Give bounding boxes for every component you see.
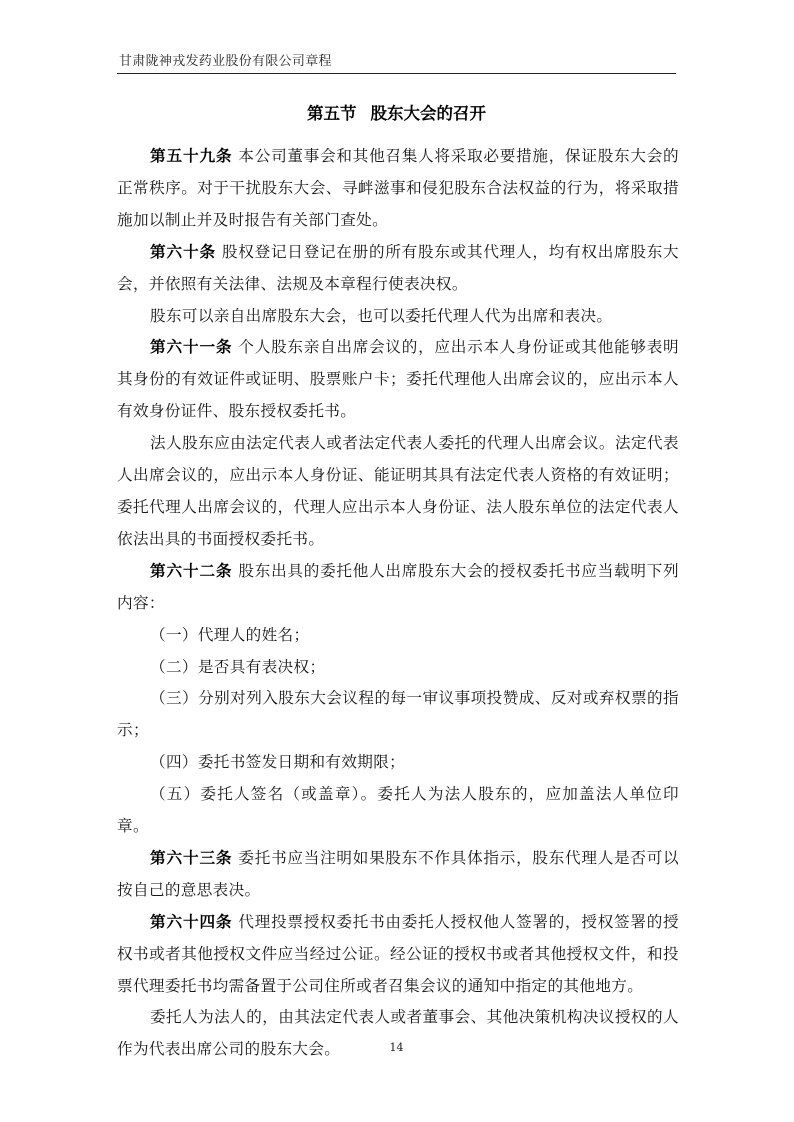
list-item-text: （四）委托书签发日期和有效期限；: [150, 753, 405, 771]
page-header: 甘肃陇神戎发药业股份有限公司章程: [117, 52, 676, 74]
page-number: 14: [117, 1041, 676, 1055]
article-label: 第六十四条: [150, 913, 232, 931]
article-label: 第六十一条: [150, 338, 232, 356]
paragraph-legal-person-principal: 委托人为法人的，由其法定代表人或者董事会、其他决策机构决议授权的人作为代表出席公…: [117, 1002, 679, 1066]
section-number: 第五节: [307, 104, 357, 123]
section-heading: 股东大会的召开: [371, 104, 487, 123]
article-label: 第六十条: [150, 243, 216, 261]
paragraph-text: 股东可以亲自出席股东大会，也可以委托代理人代为出席和表决。: [150, 307, 612, 325]
paragraph-article-61: 第六十一条个人股东亲自出席会议的，应出示本人身份证或其他能够表明其身份的有效证件…: [117, 332, 679, 428]
header-company-title: 甘肃陇神戎发药业股份有限公司章程: [119, 54, 332, 70]
list-item-text: （一）代理人的姓名；: [150, 626, 309, 644]
paragraph-article-63: 第六十三条委托书应当注明如果股东不作具体指示，股东代理人是否可以按自己的意思表决…: [117, 843, 679, 907]
list-item-1: （一）代理人的姓名；: [117, 620, 679, 652]
list-item-5: （五）委托人签名（或盖章）。委托人为法人股东的，应加盖法人单位印章。: [117, 779, 679, 843]
paragraph-proxy-attendance: 股东可以亲自出席股东大会，也可以委托代理人代为出席和表决。: [117, 301, 679, 333]
list-item-text: （二）是否具有表决权；: [150, 658, 325, 676]
paragraph-article-62: 第六十二条股东出具的委托他人出席股东大会的授权委托书应当载明下列内容：: [117, 556, 679, 620]
article-label: 第六十三条: [150, 849, 232, 867]
list-item-text: （五）委托人签名（或盖章）。委托人为法人股东的，应加盖法人单位印章。: [117, 785, 679, 835]
article-label: 第五十九条: [150, 147, 232, 165]
list-item-3: （三）分别对列入股东大会议程的每一审议事项投赞成、反对或弃权票的指示；: [117, 683, 679, 747]
list-item-4: （四）委托书签发日期和有效期限；: [117, 747, 679, 779]
list-item-2: （二）是否具有表决权；: [117, 652, 679, 684]
section-title: 第五节股东大会的召开: [117, 103, 676, 125]
list-item-text: （三）分别对列入股东大会议程的每一审议事项投赞成、反对或弃权票的指示；: [117, 689, 679, 739]
paragraph-legal-person-shareholder: 法人股东应由法定代表人或者法定代表人委托的代理人出席会议。法定代表人出席会议的，…: [117, 428, 679, 556]
paragraph-article-59: 第五十九条本公司董事会和其他召集人将采取必要措施，保证股东大会的正常秩序。对于干…: [117, 141, 679, 237]
document-body: 第五十九条本公司董事会和其他召集人将采取必要措施，保证股东大会的正常秩序。对于干…: [117, 141, 679, 1066]
article-label: 第六十二条: [150, 562, 232, 580]
paragraph-article-64: 第六十四条代理投票授权委托书由委托人授权他人签署的，授权签署的授权书或者其他授权…: [117, 907, 679, 1003]
paragraph-article-60: 第六十条股权登记日登记在册的所有股东或其代理人，均有权出席股东大会，并依照有关法…: [117, 237, 679, 301]
paragraph-text: 法人股东应由法定代表人或者法定代表人委托的代理人出席会议。法定代表人出席会议的，…: [117, 434, 679, 548]
